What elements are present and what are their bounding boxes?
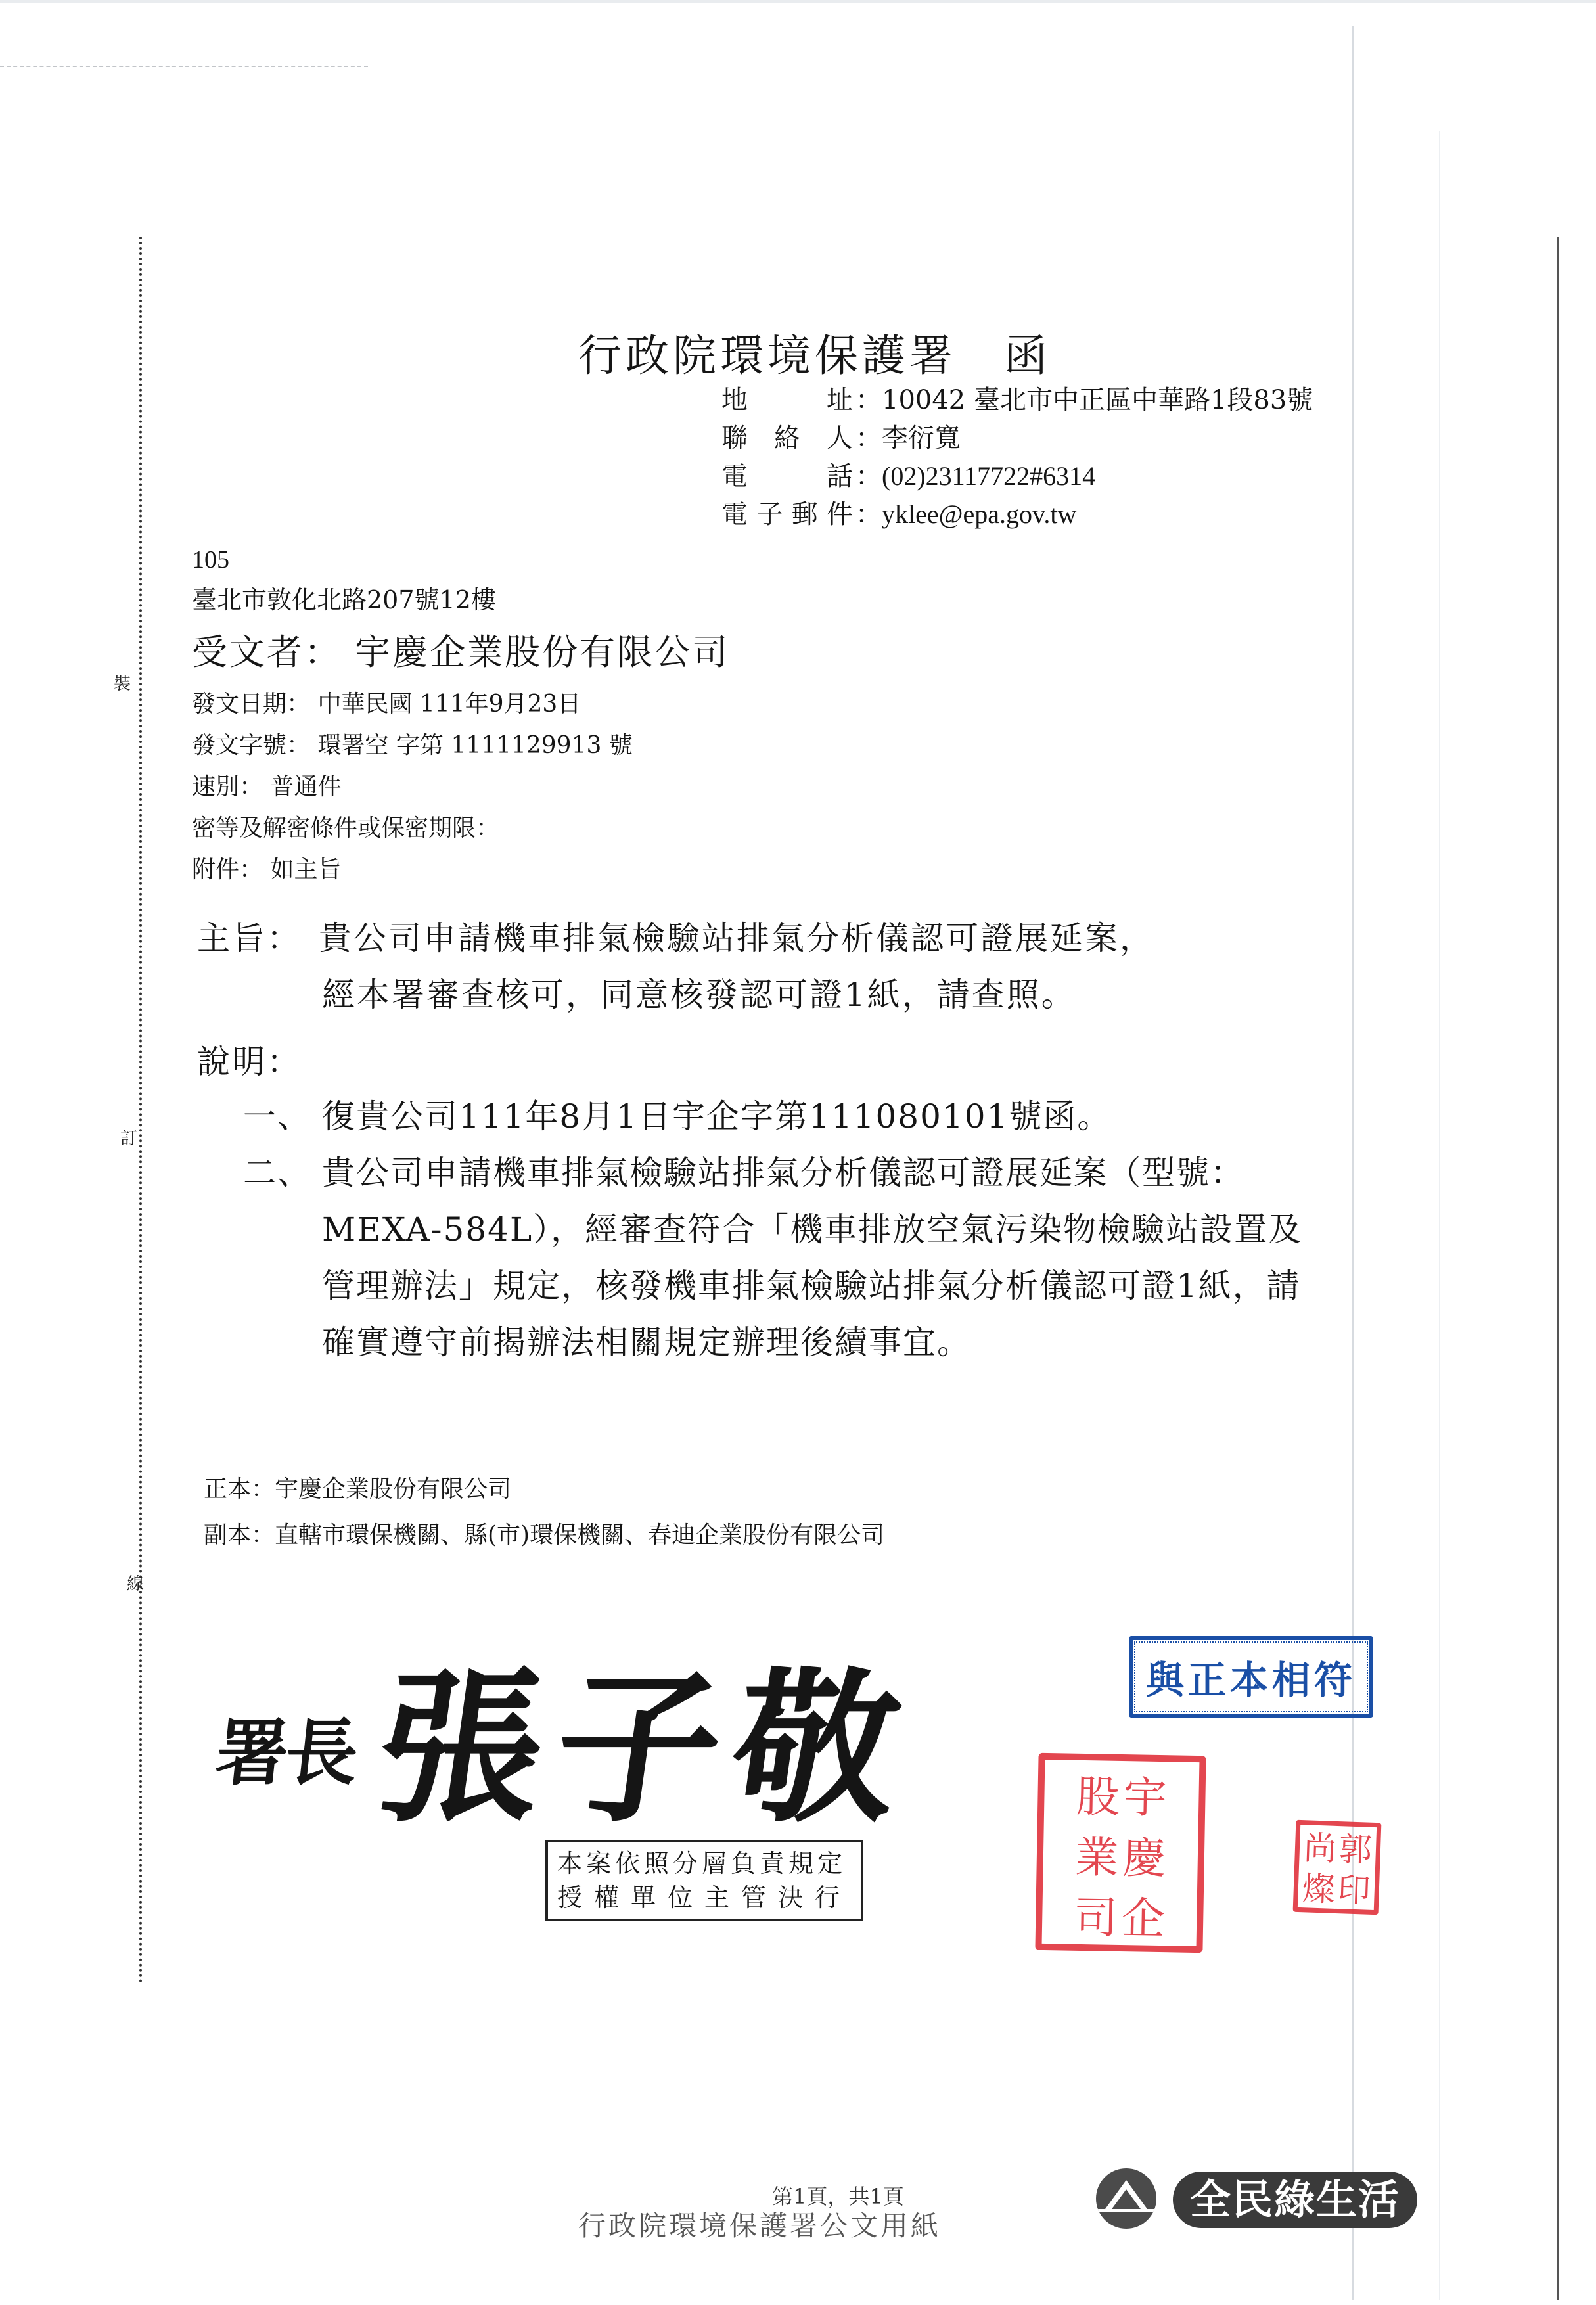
meta-priority: 速別： 普通件 (192, 766, 633, 808)
person-seal-stamp: 郭印 尚燦 (1293, 1820, 1382, 1915)
explanation-label: 說明： (197, 1036, 302, 1083)
contact-email: yklee@epa.gov.tw (882, 495, 1076, 534)
signature-title: 署長 (212, 1695, 362, 1799)
green-life-logo-text: 全民綠生活 (1173, 2172, 1417, 2228)
recipient-zip: 105 (192, 545, 229, 574)
green-life-logo-icon (1096, 2168, 1156, 2229)
distribution-section: 正本：宇慶企業股份有限公司 副本：直轄市環保機關、縣(市)環保機關、春迪企業股份… (204, 1467, 884, 1559)
explanation-item: 一、 復貴公司111年8月1日宇企字第111080101號函。 (243, 1088, 1360, 1145)
delegation-box: 本案依照分層負責規定 授權單位主管決行 (545, 1840, 863, 1921)
meta-issue-date: 發文日期： 中華民國 111年9月23日 (192, 683, 633, 725)
signature-name: 張子敬 (365, 1616, 930, 1853)
explanation-item: 二、 貴公司申請機車排氣檢驗站排氣分析儀認可證展延案（型號：MEXA-584L）… (243, 1145, 1360, 1371)
meta-confidentiality: 密等及解密條件或保密期限： (192, 808, 633, 849)
meta-attachment: 附件： 如主旨 (192, 849, 633, 890)
footer-paper-label: 行政院環境保護署公文用紙 (578, 2204, 941, 2244)
subject-section: 主旨：貴公司申請機車排氣檢驗站排氣分析儀認可證展延案， 經本署審查核可，同意核發… (197, 910, 1154, 1023)
contact-email-row: 電子郵件 ： yklee@epa.gov.tw (721, 495, 1313, 534)
document-meta: 發文日期： 中華民國 111年9月23日 發文字號： 環署空 字第 111112… (192, 683, 633, 890)
binding-dotted-line (139, 237, 142, 1984)
binding-mark-ding: 訂 (116, 1125, 142, 1149)
contact-label: 地址 (721, 381, 853, 419)
contact-address-row: 地址 ： 10042 臺北市中正區中華路1段83號 (721, 381, 1313, 419)
subject-line-2: 經本署審查核可，同意核發認可證1紙，請查照。 (197, 967, 1154, 1023)
meta-document-number: 發文字號： 環署空 字第 1111129913 號 (192, 725, 633, 766)
sender-contact-block: 地址 ： 10042 臺北市中正區中華路1段83號 聯絡人 ： 李衍寬 電話 ：… (721, 381, 1313, 534)
receiver-name: 宇慶企業股份有限公司 (355, 631, 729, 673)
contact-label: 聯絡人 (721, 419, 853, 457)
explanation-list: 一、 復貴公司111年8月1日宇企字第111080101號函。 二、 貴公司申請… (243, 1088, 1360, 1371)
scan-top-edge (0, 0, 1596, 3)
distribution-original: 正本：宇慶企業股份有限公司 (204, 1467, 884, 1513)
scan-line (1439, 131, 1440, 2300)
binding-mark-zhuang: 裝 (109, 670, 135, 695)
contact-person: 李衍寬 (882, 419, 961, 457)
page-edge-line (1557, 237, 1559, 2300)
contact-address: 10042 臺北市中正區中華路1段83號 (882, 381, 1313, 419)
receiver-label: 受文者： (192, 631, 342, 673)
document-title: 行政院環境保護署 函 (578, 321, 1051, 383)
contact-label: 電話 (721, 457, 853, 495)
scan-dashed-artifact (0, 66, 368, 67)
contact-phone-row: 電話 ： (02)23117722#6314 (721, 457, 1313, 495)
receiver-line: 受文者： 宇慶企業股份有限公司 (192, 624, 729, 675)
binding-mark-xian: 線 (122, 1570, 148, 1595)
contact-person-row: 聯絡人 ： 李衍寬 (721, 419, 1313, 457)
subject-label: 主旨： (197, 910, 319, 967)
subject-line-1: 貴公司申請機車排氣檢驗站排氣分析儀認可證展延案， (319, 919, 1154, 957)
company-seal-stamp: 宇慶企 股業司 (1035, 1753, 1206, 1953)
contact-phone: (02)23117722#6314 (882, 457, 1095, 495)
recipient-address: 臺北市敦化北路207號12樓 (192, 580, 496, 616)
distribution-copy: 副本：直轄市環保機關、縣(市)環保機關、春迪企業股份有限公司 (204, 1513, 884, 1559)
certified-copy-stamp: 與正本相符 (1129, 1636, 1373, 1718)
contact-label: 電子郵件 (721, 495, 853, 534)
